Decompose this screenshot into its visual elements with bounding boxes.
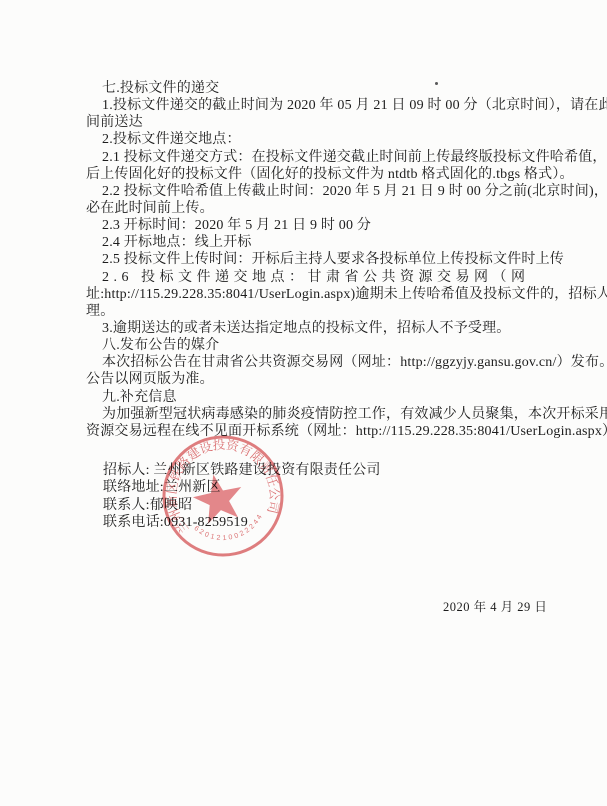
doc-line: 2.5 投标文件上传时间：开标后主持人要求各投标单位上传投标文件时上传 bbox=[86, 251, 542, 268]
doc-line: 2.2 投标文件哈希值上传截止时间：2020 年 5 月 21 日 9 时 00… bbox=[86, 183, 542, 200]
document-page: 七.投标文件的递交 1.投标文件递交的截止时间为 2020 年 05 月 21 … bbox=[0, 0, 607, 806]
doc-line: 间前送达 bbox=[86, 114, 542, 131]
doc-line: 3.逾期送达的或者未送达指定地点的投标文件，招标人不予受理。 bbox=[86, 320, 542, 337]
doc-line: 2.1 投标文件递交方式：在投标文件递交截止时间前上传最终版投标文件哈希值，开标 bbox=[86, 149, 542, 166]
doc-line: 2.3 开标时间：2020 年 5 月 21 日 9 时 00 分 bbox=[86, 217, 542, 234]
doc-line: 址:http://115.29.228.35:8041/UserLogin.as… bbox=[86, 286, 542, 303]
section-heading: 七.投标文件的递交 bbox=[86, 80, 542, 97]
doc-line: 后上传固化好的投标文件（固化好的投标文件为 ntdtb 格式固化的.tbgs 格… bbox=[86, 166, 542, 183]
doc-line: 2.4 开标地点：线上开标 bbox=[86, 234, 542, 251]
doc-line: 理。 bbox=[86, 303, 542, 320]
doc-line: 2.6 投标文件递交地点：甘肃省公共资源交易网（网 bbox=[86, 269, 542, 286]
doc-line: 为加强新型冠状病毒感染的肺炎疫情防控工作，有效减少人员聚集，本次开标采用公共 bbox=[86, 406, 542, 423]
company-seal: 兰州新区铁路建设投资有限责任公司 6201210022244 bbox=[155, 430, 291, 566]
section-heading: 八.发布公告的媒介 bbox=[86, 337, 542, 354]
doc-line: 2.投标文件递交地点： bbox=[86, 131, 542, 148]
seal-star-icon bbox=[189, 469, 247, 525]
doc-line: 公告以网页版为准。 bbox=[86, 371, 542, 388]
seal-company-text: 兰州新区铁路建设投资有限责任公司 bbox=[155, 430, 287, 537]
document-body: 七.投标文件的递交 1.投标文件递交的截止时间为 2020 年 05 月 21 … bbox=[86, 80, 542, 440]
doc-line: 1.投标文件递交的截止时间为 2020 年 05 月 21 日 09 时 00 … bbox=[86, 97, 542, 114]
doc-line: 本次招标公告在甘肃省公共资源交易网（网址：http://ggzyjy.gansu… bbox=[86, 354, 542, 371]
document-date: 2020 年 4 月 29 日 bbox=[443, 597, 547, 615]
svg-text:兰州新区铁路建设投资有限责任公司: 兰州新区铁路建设投资有限责任公司 bbox=[155, 430, 287, 537]
section-heading: 九.补充信息 bbox=[86, 389, 542, 406]
doc-line: 必在此时间前上传。 bbox=[86, 200, 542, 217]
